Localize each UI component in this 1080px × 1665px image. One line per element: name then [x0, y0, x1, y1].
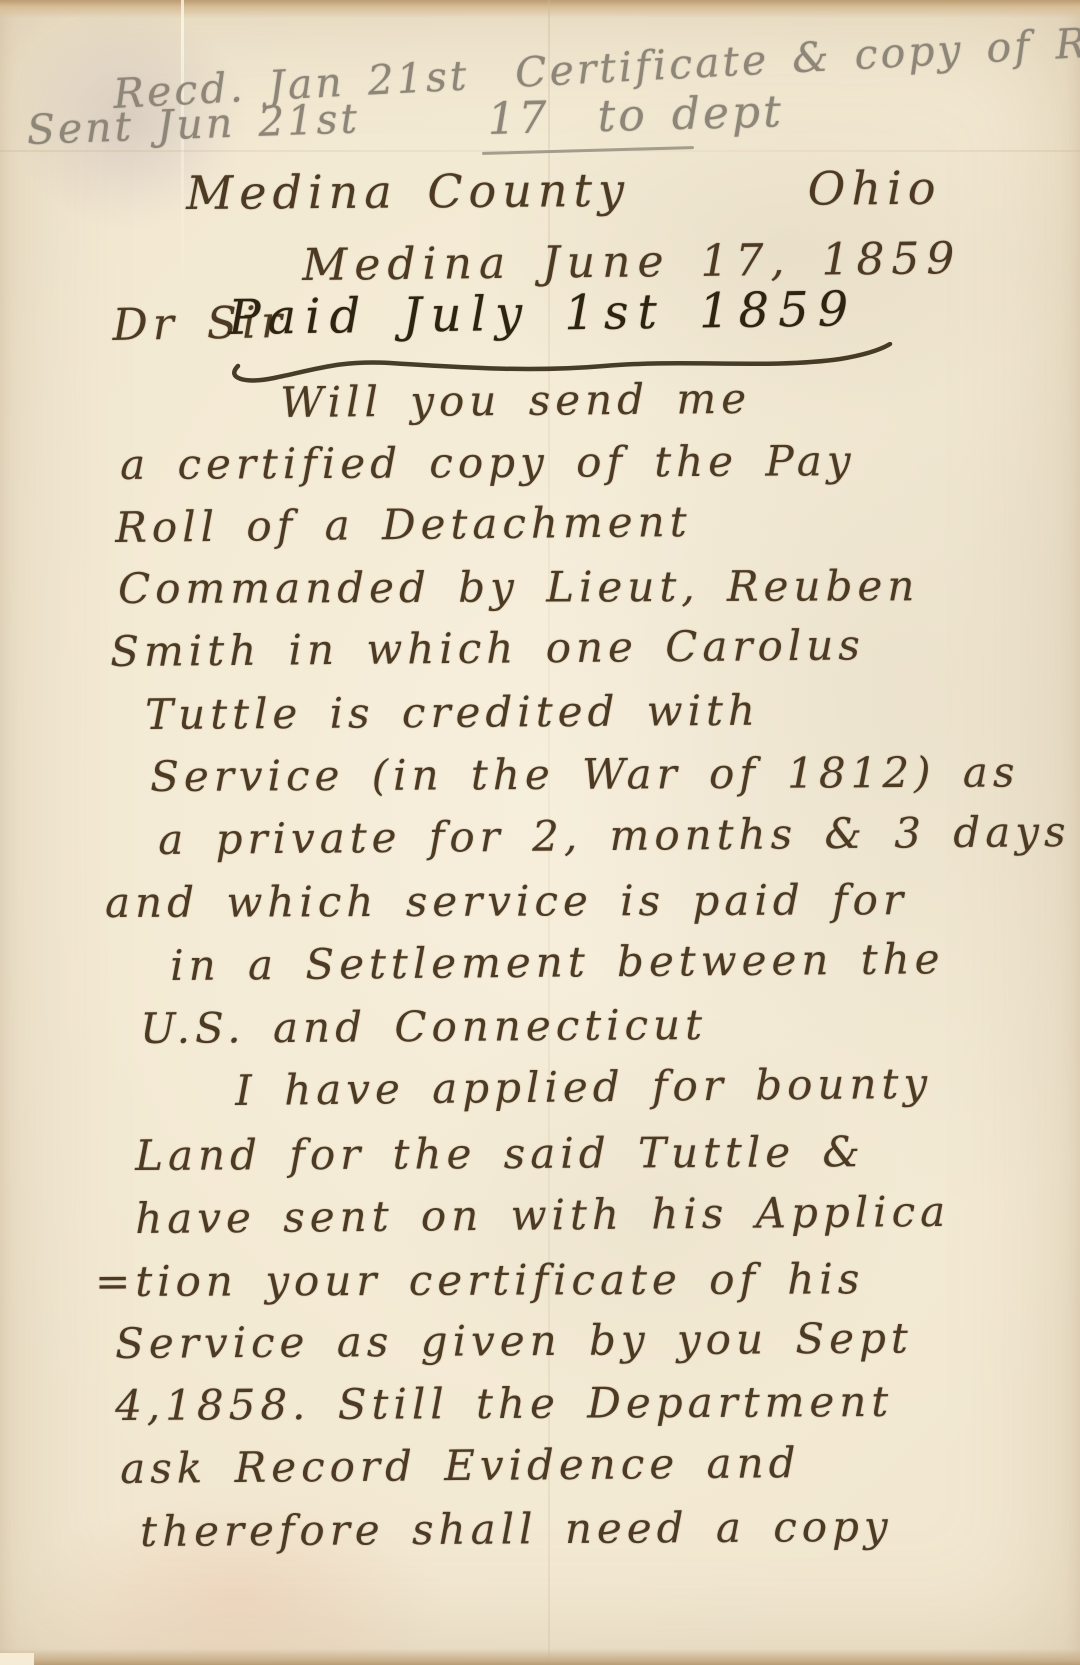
pencil-sent-annotation: Sent Jun 21st: [26, 94, 361, 154]
letter-date-line: Medina June 17, 1859: [302, 233, 962, 291]
body-line: therefore shall need a copy: [140, 1502, 893, 1556]
letter-page: Recd. Jan 21st Certificate & copy of Rol…: [0, 0, 1080, 1665]
scan-edge-top: [0, 0, 1080, 18]
body-line: Commanded by Lieut, Reuben: [118, 561, 919, 613]
body-line: and which service is paid for: [105, 875, 908, 927]
letter-place-line: Medina County Ohio: [186, 161, 942, 220]
body-line: a private for 2, months & 3 days: [158, 807, 1071, 864]
body-line: U.S. and Connecticut: [140, 1000, 707, 1053]
pencil-underline: [482, 146, 694, 155]
body-line: Tuttle is credited with: [145, 686, 760, 739]
body-line: Roll of a Detachment: [115, 497, 692, 552]
body-line: in a Settlement between the: [170, 934, 945, 990]
scan-edge-bottom-sliver: [0, 1653, 34, 1665]
fold-crease-vertical-left: [181, 0, 184, 300]
pencil-sent-count-annotation: 17 to dept: [487, 86, 784, 145]
scan-edge-bottom: [0, 1649, 1080, 1665]
body-line: Service (in the War of 1812) as: [150, 747, 1020, 801]
body-line: Will you send me: [280, 374, 751, 427]
body-line: 4,1858. Still the Department: [115, 1377, 893, 1430]
paid-annotation: Paid July 1st 1859: [228, 281, 858, 346]
fold-crease-vertical-center: [548, 0, 550, 1665]
paid-underline-flourish: [222, 342, 898, 390]
body-line: Land for the said Tuttle &: [135, 1127, 865, 1180]
body-line: Smith in which one Carolus: [110, 620, 865, 676]
body-line: =tion your certificate of his: [95, 1254, 864, 1306]
body-line: Service as given by you Sept: [115, 1313, 913, 1368]
pencil-received-annotation: Recd. Jan 21st Certificate & copy of Rol…: [112, 16, 1080, 118]
letter-salutation: Dr Sir: [112, 297, 287, 351]
body-line: a certified copy of the Pay: [120, 436, 856, 489]
paper-texture: [0, 0, 1080, 1665]
body-line: I have applied for bounty: [235, 1059, 932, 1115]
body-line: ask Record Evidence and: [120, 1438, 801, 1493]
body-line: have sent on with his Applica: [135, 1187, 950, 1243]
